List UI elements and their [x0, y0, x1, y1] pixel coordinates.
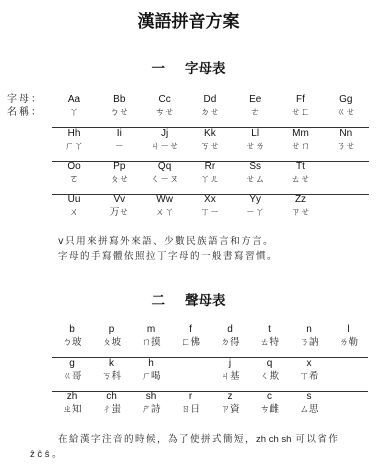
initials-note-line2: ẑ ĉ ŝ 。 [30, 448, 62, 462]
alphabet-cell: Llㄝㄌ [233, 127, 277, 153]
alphabet-row: UuㄨVvㄪㄝWwㄨㄚXxㄒㄧYyㄧㄚZzㄗㄝ [52, 193, 369, 227]
initials-cell: zhㄓ知 [52, 390, 92, 416]
note-text: 在給漢字注音的時候，為了使拼式簡短， [58, 434, 256, 445]
initial-example: ㄔ蚩 [92, 403, 132, 416]
alphabet-cell: Uuㄨ [52, 193, 96, 219]
initial: z [210, 390, 250, 403]
letter: Aa [52, 93, 96, 106]
initial-example: ㄉ得 [210, 336, 250, 349]
initials-cell: bㄅ玻 [52, 323, 92, 349]
letter: Dd [188, 93, 232, 106]
alphabet-cell: Eeㄜ [233, 93, 277, 119]
section-title: 字母表 [185, 61, 226, 77]
initial-example: ㄓ知 [52, 403, 92, 416]
initial: n [289, 323, 329, 336]
initials-cell: qㄑ欺 [250, 357, 290, 383]
alphabet-row: AaㄚBbㄅㄝCcㄘㄝDdㄉㄝEeㄜFfㄝㄈGgㄍㄝ [52, 93, 369, 128]
letter: Ii [97, 127, 141, 140]
initial-example: ㄇ摸 [131, 336, 171, 349]
letter: Ll [233, 127, 277, 140]
letter-name: ㄝㄙ [233, 173, 277, 186]
label-name: 名稱： [7, 106, 43, 119]
letter-name: ㄛ [52, 173, 96, 186]
section-heading-initials: 二聲母表 [0, 289, 377, 309]
initial: k [92, 357, 132, 370]
letter: Ee [233, 93, 277, 106]
alphabet-cell: Rrㄚㄦ [188, 160, 232, 186]
initial-example: ㄎ科 [92, 370, 132, 383]
initial: g [52, 357, 92, 370]
alphabet-cell: Ttㄊㄝ [279, 160, 323, 186]
letter-name: ㄨ [52, 206, 96, 219]
initial-example: ㄙ思 [289, 403, 329, 416]
section-number: 一 [152, 61, 166, 77]
alphabet-cell: Ooㄛ [52, 160, 96, 186]
initial: f [171, 323, 211, 336]
alphabet-cell: Bbㄅㄝ [97, 93, 141, 119]
initials-cell: shㄕ詩 [131, 390, 171, 416]
letter-name: ㄎㄝ [188, 140, 232, 153]
initials-cell: fㄈ佛 [171, 323, 211, 349]
initials-cell: cㄘ雌 [250, 390, 290, 416]
alphabet-cell: Mmㄝㄇ [279, 127, 323, 153]
alphabet-cell: Ssㄝㄙ [233, 160, 277, 186]
alphabet-cell: Qqㄑㄧㄡ [143, 160, 187, 186]
initial-example: ㄗ資 [210, 403, 250, 416]
letter-name: ㄝㄌ [233, 140, 277, 153]
alphabet-cell: Jjㄐㄧㄝ [143, 127, 187, 153]
section-number: 二 [152, 293, 166, 309]
letter-name: ㄚ [52, 106, 96, 119]
letter-name: ㄚㄦ [188, 173, 232, 186]
initials-row: bㄅ玻pㄆ坡mㄇ摸fㄈ佛dㄉ得tㄊ特nㄋ訥lㄌ勒 [52, 323, 368, 358]
letter-name: ㄗㄝ [279, 206, 323, 219]
letter: Xx [188, 193, 232, 206]
initial-example: ㄊ特 [250, 336, 290, 349]
letter: Oo [52, 160, 96, 173]
initial-example: ㄐ基 [210, 370, 250, 383]
letter: Gg [324, 93, 368, 106]
initial: c [250, 390, 290, 403]
initial: x [289, 357, 329, 370]
alphabet-cell: Yyㄧㄚ [233, 193, 277, 219]
document-title: 漢語拼音方案 [0, 7, 377, 32]
letter-name: ㄧ [97, 140, 141, 153]
letter: Qq [143, 160, 187, 173]
letter: Rr [188, 160, 232, 173]
initials-cell: lㄌ勒 [329, 323, 369, 349]
letter-name: ㄜ [233, 106, 277, 119]
alphabet-cell: Ppㄆㄝ [97, 160, 141, 186]
note-latin: zh ch sh [256, 434, 291, 445]
letter-name: ㄨㄚ [143, 206, 187, 219]
alphabet-cell: Wwㄨㄚ [143, 193, 187, 219]
alphabet-cell: Zzㄗㄝ [279, 193, 323, 219]
initial: t [250, 323, 290, 336]
alphabet-row: OoㄛPpㄆㄝQqㄑㄧㄡRrㄚㄦSsㄝㄙTtㄊㄝ [52, 160, 369, 195]
initial: m [131, 323, 171, 336]
letter-name: ㄍㄝ [324, 106, 368, 119]
initial: l [329, 323, 369, 336]
initial: zh [52, 390, 92, 403]
initial: s [289, 390, 329, 403]
initials-cell: mㄇ摸 [131, 323, 171, 349]
letter: Uu [52, 193, 96, 206]
letter-name: ㄆㄝ [97, 173, 141, 186]
letter: Nn [324, 127, 368, 140]
initial-example: ㄘ雌 [250, 403, 290, 416]
initials-cell: xㄒ希 [289, 357, 329, 383]
letter-name: ㄝㄈ [279, 106, 323, 119]
letter-name: ㄋㄝ [324, 140, 368, 153]
label-letter: 字母： [7, 93, 43, 106]
initials-row: gㄍ哥kㄎ科hㄏ喝jㄐ基qㄑ欺xㄒ希 [52, 357, 368, 392]
alphabet-cell: Hhㄏㄚ [52, 127, 96, 153]
letter: Kk [188, 127, 232, 140]
alphabet-cell: Ddㄉㄝ [188, 93, 232, 119]
initial-example: ㄒ希 [289, 370, 329, 383]
section-heading-alphabet: 一字母表 [0, 57, 377, 77]
letter: Pp [97, 160, 141, 173]
letter-name: ㄊㄝ [279, 173, 323, 186]
initials-cell: hㄏ喝 [131, 357, 171, 383]
initial-example: ㄕ詩 [131, 403, 171, 416]
initials-row: zhㄓ知chㄔ蚩shㄕ詩rㄖ日zㄗ資cㄘ雌sㄙ思 [52, 390, 368, 424]
alphabet-note-1: v只用來拼寫外來語、少數民族語言和方言。 [58, 235, 274, 249]
initial-example: ㄖ日 [171, 403, 211, 416]
letter-name: ㄝㄇ [279, 140, 323, 153]
initial: h [131, 357, 171, 370]
letter-name: ㄧㄚ [233, 206, 277, 219]
alphabet-cell: Ggㄍㄝ [324, 93, 368, 119]
initial: q [250, 357, 290, 370]
letter-name: ㄘㄝ [143, 106, 187, 119]
alphabet-row: HhㄏㄚIiㄧJjㄐㄧㄝKkㄎㄝLlㄝㄌMmㄝㄇNnㄋㄝ [52, 127, 369, 162]
note-abbrev: ẑ ĉ ŝ 。 [30, 449, 62, 460]
alphabet-cell: Xxㄒㄧ [188, 193, 232, 219]
initials-cell: rㄖ日 [171, 390, 211, 416]
alphabet-cell: Ccㄘㄝ [143, 93, 187, 119]
letter-name: ㄑㄧㄡ [143, 173, 187, 186]
letter: Mm [279, 127, 323, 140]
letter: Zz [279, 193, 323, 206]
note-text-end: 可以省作 [295, 434, 339, 445]
initial: ch [92, 390, 132, 403]
initial: p [92, 323, 132, 336]
initials-note-line1: 在給漢字注音的時候，為了使拼式簡短，zh ch sh可以省作 [58, 433, 339, 447]
initial: r [171, 390, 211, 403]
alphabet-note-2: 字母的手寫體依照拉丁字母的一般書寫習慣。 [58, 250, 278, 264]
initial-example: ㄌ勒 [329, 336, 369, 349]
initial-example: ㄅ玻 [52, 336, 92, 349]
initials-cell: kㄎ科 [92, 357, 132, 383]
alphabet-cell: Vvㄪㄝ [97, 193, 141, 219]
letter: Tt [279, 160, 323, 173]
letter: Ww [143, 193, 187, 206]
letter-name: ㄅㄝ [97, 106, 141, 119]
initials-cell: pㄆ坡 [92, 323, 132, 349]
initial: sh [131, 390, 171, 403]
letter-name: ㄉㄝ [188, 106, 232, 119]
alphabet-cell: Nnㄋㄝ [324, 127, 368, 153]
row-labels: 字母： 名稱： [7, 93, 43, 119]
letter-name: ㄐㄧㄝ [143, 140, 187, 153]
initials-cell: sㄙ思 [289, 390, 329, 416]
initial-example: ㄆ坡 [92, 336, 132, 349]
alphabet-cell: Iiㄧ [97, 127, 141, 153]
letter: Vv [97, 193, 141, 206]
initial: j [210, 357, 250, 370]
initials-cell: jㄐ基 [210, 357, 250, 383]
alphabet-cell: Ffㄝㄈ [279, 93, 323, 119]
initials-cell: chㄔ蚩 [92, 390, 132, 416]
letter-name: ㄪㄝ [97, 206, 141, 219]
initials-cell: nㄋ訥 [289, 323, 329, 349]
letter: Ff [279, 93, 323, 106]
initial-example: ㄑ欺 [250, 370, 290, 383]
initials-cell: dㄉ得 [210, 323, 250, 349]
section-title: 聲母表 [185, 293, 226, 309]
letter: Yy [233, 193, 277, 206]
letter: Hh [52, 127, 96, 140]
initials-cell: tㄊ特 [250, 323, 290, 349]
initial: b [52, 323, 92, 336]
initials-cell: gㄍ哥 [52, 357, 92, 383]
initial-example: ㄏ喝 [131, 370, 171, 383]
initials-cell: zㄗ資 [210, 390, 250, 416]
letter: Bb [97, 93, 141, 106]
letter: Ss [233, 160, 277, 173]
initial-example: ㄍ哥 [52, 370, 92, 383]
initial-example: ㄈ佛 [171, 336, 211, 349]
letter: Jj [143, 127, 187, 140]
letter: Cc [143, 93, 187, 106]
alphabet-cell: Kkㄎㄝ [188, 127, 232, 153]
letter-name: ㄒㄧ [188, 206, 232, 219]
letter-name: ㄏㄚ [52, 140, 96, 153]
initial: d [210, 323, 250, 336]
alphabet-cell: Aaㄚ [52, 93, 96, 119]
initial-example: ㄋ訥 [289, 336, 329, 349]
